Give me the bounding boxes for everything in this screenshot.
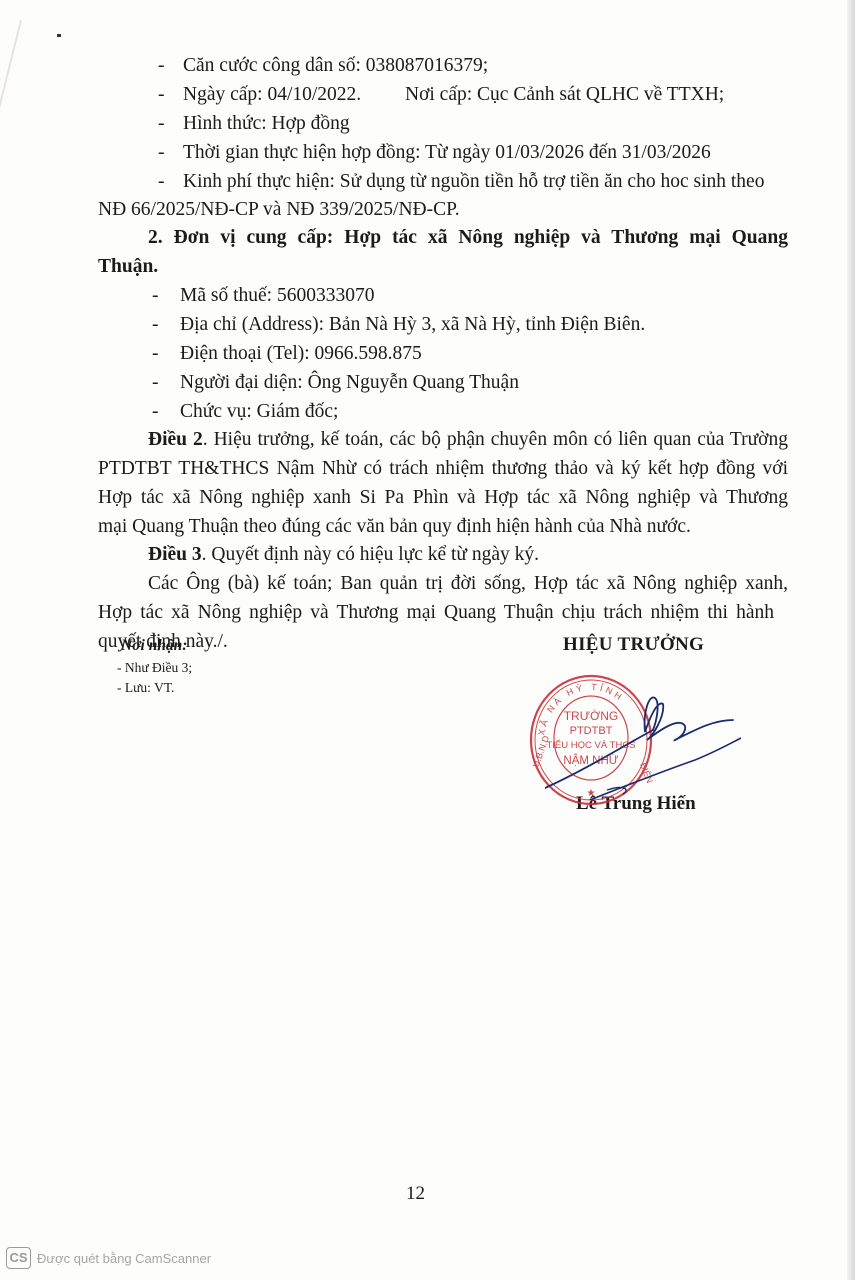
issue-place-line: Nơi cấp: Cục Cảnh sát QLHC về TTXH; [405, 82, 724, 108]
phone-line: Điện thoại (Tel): 0966.598.875 [180, 341, 422, 367]
article2-line2: PTDTBT TH&THCS Nậm Nhừ có trách nhiệm th… [98, 456, 788, 482]
contract-type-line: Hình thức: Hợp đồng [183, 111, 350, 137]
citizen-id-line: Căn cước công dân số: 038087016379; [183, 53, 488, 79]
article2-line1: Điều 2. Hiệu trưởng, kế toán, các bộ phậ… [148, 427, 788, 453]
signer-title: HIỆU TRƯỞNG [563, 634, 704, 656]
tax-code-line: Mã số thuế: 5600333070 [180, 283, 374, 309]
camscanner-logo-icon: CS [6, 1247, 31, 1269]
representative-line: Người đại diện: Ông Nguyễn Quang Thuận [180, 370, 519, 396]
recipients-title: Nơi nhận: [121, 637, 187, 655]
article2-line3: Hợp tác xã Nông nghiệp xanh Si Pa Phìn v… [98, 485, 788, 511]
address-line: Địa chỉ (Address): Bản Nà Hỳ 3, xã Nà Hỳ… [180, 312, 645, 338]
article2-line4: mại Quang Thuận theo đúng các văn bản qu… [98, 514, 691, 540]
supplier-heading: 2. Đơn vị cung cấp: Hợp tác xã Nông nghi… [148, 225, 788, 251]
funding-line: Kinh phí thực hiện: Sử dụng từ nguồn tiề… [183, 169, 764, 195]
responsibility-line1: Các Ông (bà) kế toán; Ban quản trị đời s… [148, 571, 788, 597]
page-number: 12 [406, 1183, 425, 1205]
recipient-item: - Như Điều 3; [117, 660, 192, 676]
watermark-text: Được quét bằng CamScanner [37, 1251, 211, 1266]
recipient-item: - Lưu: VT. [117, 680, 174, 696]
contract-period-line: Thời gian thực hiện hợp đồng: Từ ngày 01… [183, 140, 711, 166]
scan-artifact-dot [57, 34, 61, 37]
scan-artifact-line [0, 20, 22, 244]
funding-line-cont: NĐ 66/2025/NĐ-CP và NĐ 339/2025/NĐ-CP. [98, 197, 460, 223]
handwritten-signature-icon [545, 690, 745, 800]
issue-date-line: Ngày cấp: 04/10/2022. [183, 82, 361, 108]
supplier-heading-cont: Thuận. [98, 254, 158, 280]
article3-line: Điều 3. Quyết định này có hiệu lực kể từ… [148, 542, 539, 568]
scan-edge [847, 0, 855, 1280]
position-line: Chức vụ: Giám đốc; [180, 399, 338, 425]
responsibility-line2: Hợp tác xã Nông nghiệp và Thương mại Qua… [98, 600, 774, 626]
